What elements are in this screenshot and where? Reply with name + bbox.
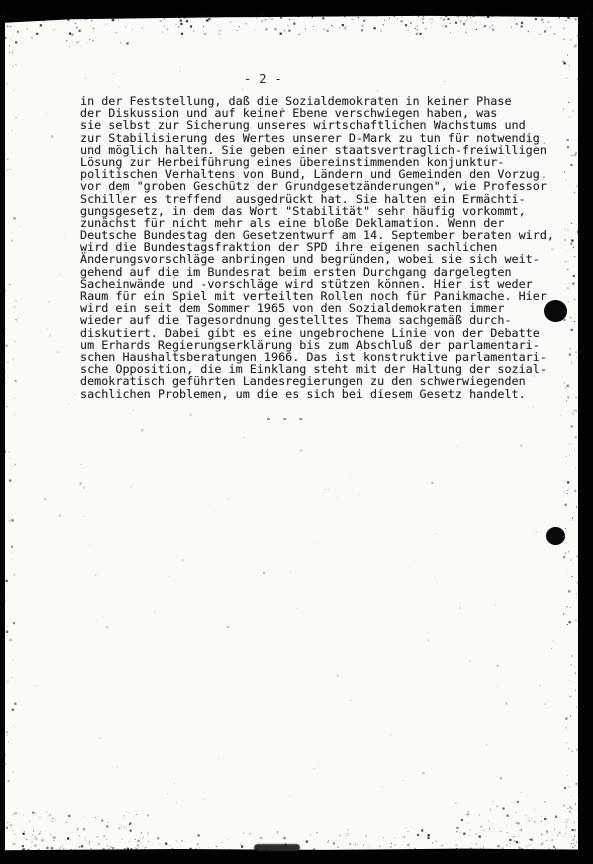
end-of-text-marker: - - - <box>265 411 305 425</box>
scan-border-right <box>578 12 593 854</box>
page-number: - 2 - <box>244 73 282 86</box>
scanned-document-page: - 2 - in der Feststellung, daß die Sozia… <box>0 0 593 864</box>
punch-hole-dot-bottom <box>546 527 565 545</box>
scan-smudge <box>254 844 300 851</box>
scan-border-left <box>0 10 5 856</box>
scan-border-top <box>0 0 593 24</box>
body-text: in der Feststellung, daß die Sozialdemok… <box>80 95 554 400</box>
